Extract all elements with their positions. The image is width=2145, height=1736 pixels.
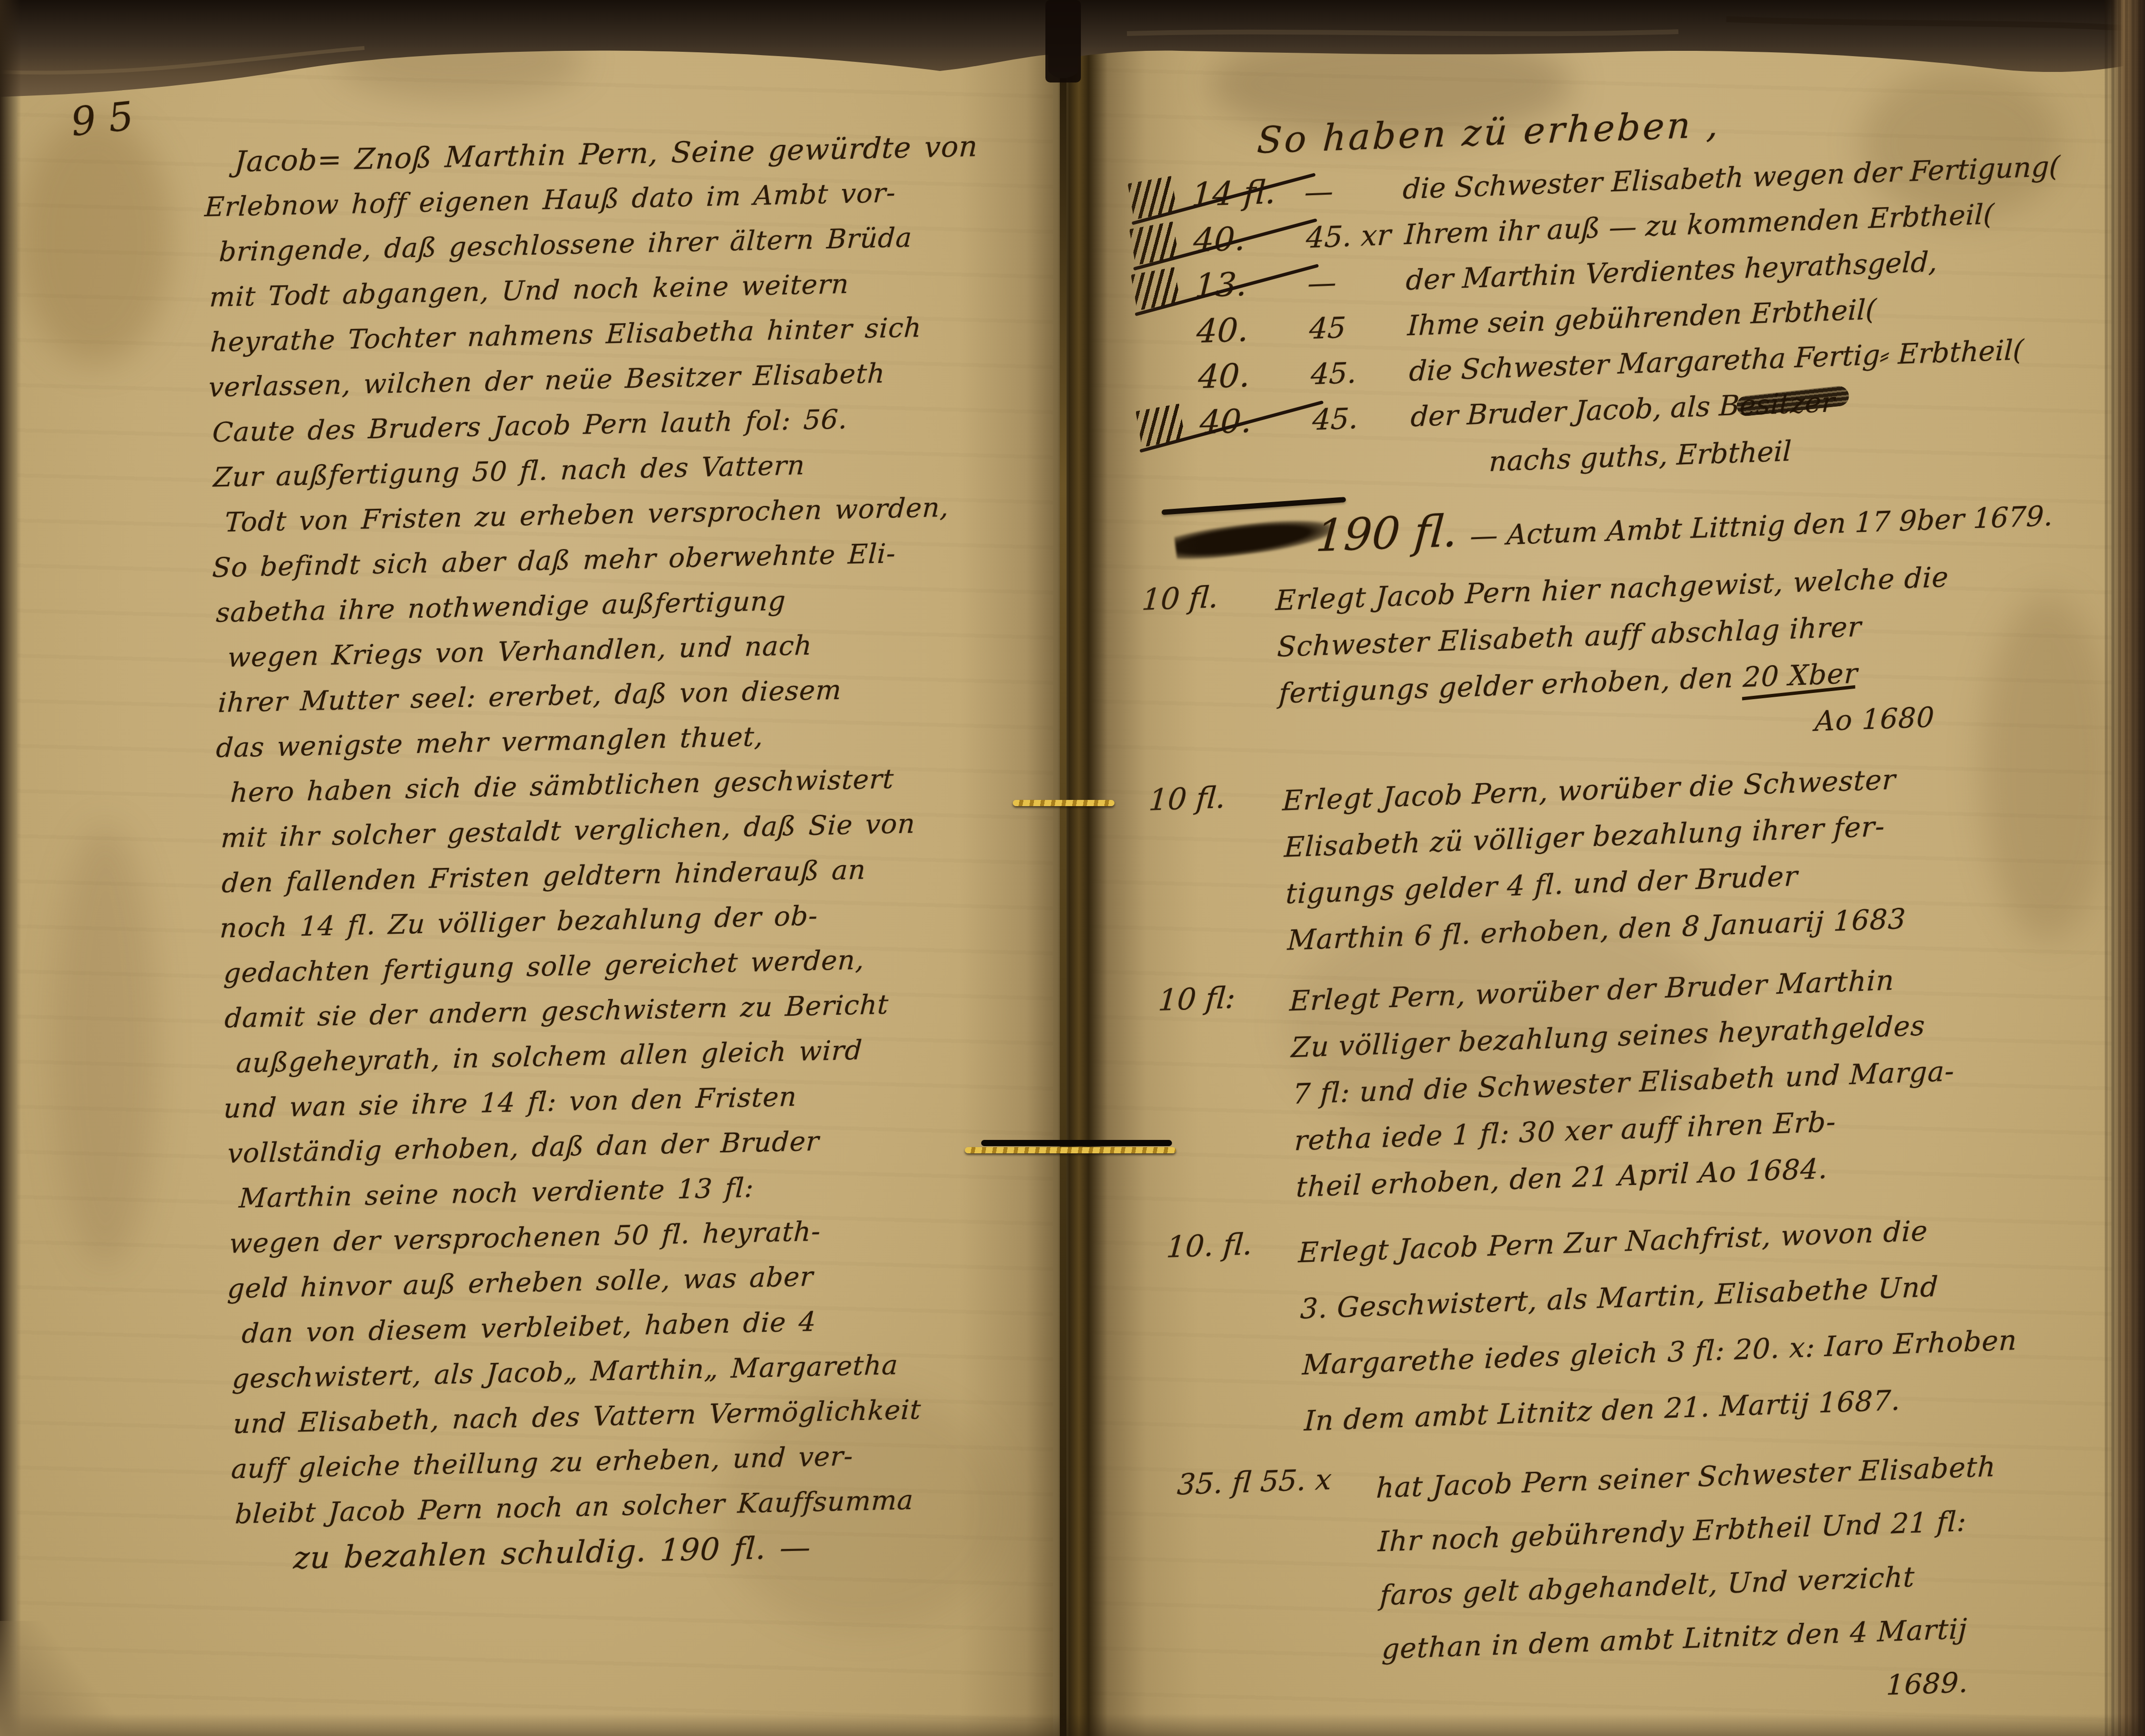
entry-lines: Erlegt Pern, worüber der Bruder MarthinZ… <box>1289 949 2143 1210</box>
amount-florins: 40. <box>1196 309 1310 351</box>
hatch-marks-icon <box>1129 222 1179 265</box>
payment-entry: 10 fl. Erlegt Jacob Pern hier nachgewist… <box>1133 548 2127 769</box>
amount-kreuzer: 45. <box>1310 354 1410 391</box>
amount-kreuzer: 45. xr <box>1305 218 1406 255</box>
amount-florins: 40. <box>1193 218 1307 259</box>
total-amount: 190 fl. <box>1314 505 1459 562</box>
entry-amount: 35. fl 55. x <box>1160 1461 1389 1736</box>
payment-entry: 10 fl: Erlegt Pern, worüber der Bruder M… <box>1148 949 2143 1216</box>
payment-entry: 10. fl. Erlegt Jacob Pern Zur Nachfrist,… <box>1156 1196 2145 1454</box>
payment-entry: 10 fl. Erlegt Jacob Pern, worüber die Sc… <box>1140 748 2134 969</box>
manuscript-spread: 95 Jacob= Znoß Marthin Pern, Seine gewür… <box>0 0 2145 1736</box>
entry-amount: 10 fl. <box>1137 777 1291 969</box>
amount-kreuzer: — <box>1303 172 1404 209</box>
amount-kreuzer: 45. <box>1312 400 1412 437</box>
entry-amount: 10 fl. <box>1130 577 1285 768</box>
left-page-text: Jacob= Znoß Marthin Pern, Seine gewürdte… <box>206 122 1090 1583</box>
hatch-marks-icon <box>1136 404 1185 447</box>
entry-lines: Erlegt Jacob Pern, worüber die Schwester… <box>1282 748 2134 963</box>
amount-kreuzer: 45 <box>1308 309 1408 346</box>
amount-kreuzer: — <box>1307 263 1407 300</box>
amount-florins: 40. <box>1199 400 1313 442</box>
binding-thread-bottom <box>965 1147 1176 1153</box>
hatch-marks-icon <box>1131 267 1181 311</box>
binding-thread-top <box>1013 800 1114 806</box>
amount-florins: 14 fl. <box>1191 172 1305 214</box>
amount-florins: 40. <box>1197 354 1312 396</box>
folio-number: 95 <box>69 92 148 145</box>
hatch-marks-icon <box>1128 176 1178 220</box>
payment-entry: 35. fl 55. x hat Jacob Pern seiner Schwe… <box>1164 1434 2145 1736</box>
entry-lines: Erlegt Jacob Pern hier nachgewist, welch… <box>1275 548 2127 763</box>
entry-amount: 10. fl. <box>1152 1224 1309 1454</box>
entry-lines: Erlegt Jacob Pern Zur Nachfrist, wovon d… <box>1297 1196 2145 1449</box>
ink-blot <box>1174 514 1335 563</box>
amount-florins: 13. <box>1194 263 1309 305</box>
ledger-rows: 14 fl. — die Schwester Elisabeth wegen d… <box>1191 144 2118 493</box>
entry-lines: hat Jacob Pern seiner Schwester Elisabet… <box>1375 1434 2145 1729</box>
entry-amount: 10 fl: <box>1143 978 1301 1216</box>
total-text: — Actum Ambt Littnig den 17 9ber 1679. <box>1470 499 2053 552</box>
right-page-content: So haben zü erheben , 14 fl. — die Schwe… <box>1117 89 2145 1736</box>
